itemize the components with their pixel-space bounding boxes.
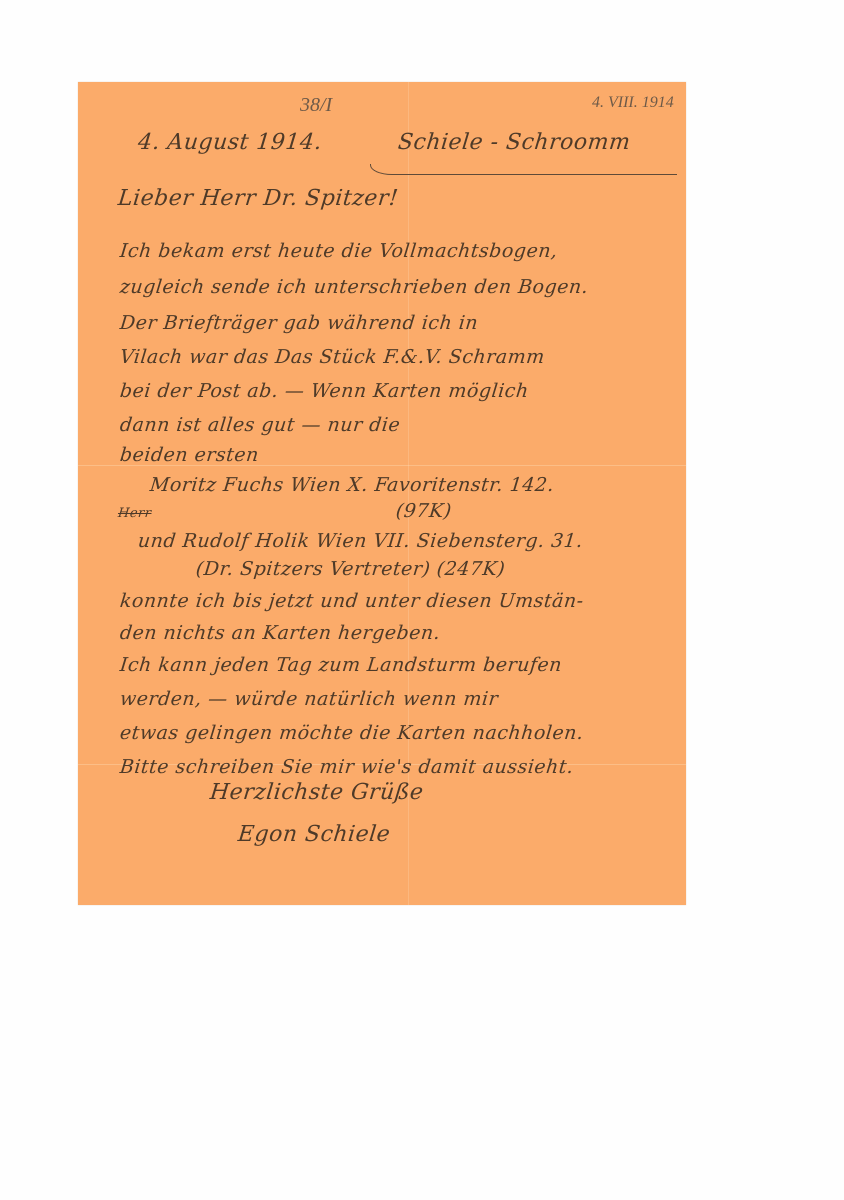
letter-heading: Schiele - Schroomm: [397, 130, 632, 155]
body-line: den nichts an Karten hergeben.: [119, 622, 442, 644]
body-line: Der Briefträger gab während ich in: [119, 312, 479, 334]
address-line-holik: und Rudolf Holik Wien VII. Siebensterg. …: [137, 530, 584, 552]
body-line: etwas gelingen möchte die Karten nachhol…: [119, 722, 585, 744]
amount-holik: (Dr. Spitzers Vertreter) (247K): [195, 558, 507, 580]
body-line: konnte ich bis jetzt und unter diesen Um…: [119, 590, 585, 612]
letter-sheet: 38/I 4. VIII. 1914 4. August 1914. Schie…: [78, 82, 686, 905]
letter-date: 4. August 1914.: [137, 130, 324, 155]
letter-signature: Egon Schiele: [237, 822, 392, 847]
body-line: dann ist alles gut — nur die: [119, 414, 402, 436]
body-line: bei der Post ab. — Wenn Karten möglich: [119, 380, 530, 402]
amount-fuchs: (97K): [395, 500, 453, 522]
body-line: beiden ersten: [119, 444, 260, 466]
body-line: zugleich sende ich unterschrieben den Bo…: [119, 276, 590, 298]
heading-underline-flourish: [370, 164, 677, 175]
archive-date: 4. VIII. 1914: [592, 94, 674, 112]
archive-catalog-number: 38/I: [300, 94, 332, 117]
struck-word: Herr: [117, 506, 152, 521]
letter-greeting: Lieber Herr Dr. Spitzer!: [117, 186, 400, 211]
body-line: Ich kann jeden Tag zum Landsturm berufen: [119, 654, 563, 676]
letter-closing: Herzlichste Grüße: [209, 780, 425, 805]
body-line: werden, — würde natürlich wenn mir: [119, 688, 499, 710]
body-line: Ich bekam erst heute die Vollmachtsbogen…: [119, 240, 559, 262]
body-line: Bitte schreiben Sie mir wie's damit auss…: [119, 756, 575, 778]
body-line: Vilach war das Das Stück F.&.V. Schramm: [119, 346, 546, 368]
address-line-fuchs: Moritz Fuchs Wien X. Favoritenstr. 142.: [149, 474, 555, 496]
